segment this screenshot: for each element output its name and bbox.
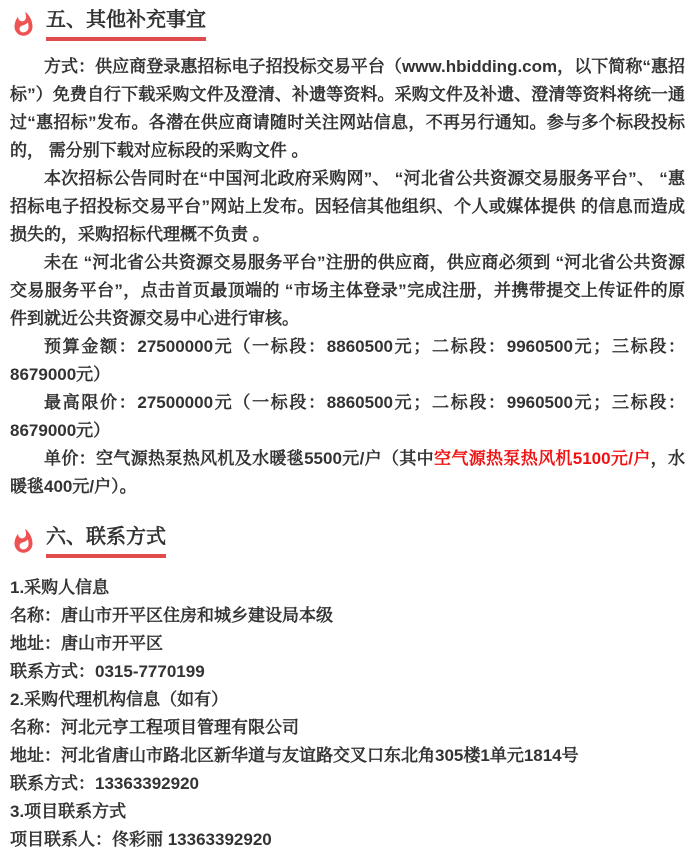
- paragraph-registration: 未在 “河北省公共资源交易服务平台”注册的供应商，供应商必须到 “河北省公共资源…: [10, 249, 685, 333]
- agency-name: 名称：河北元亨工程项目管理有限公司: [10, 714, 685, 742]
- agency-contact: 联系方式：13363392920: [10, 770, 685, 798]
- paragraph-max-price: 最高限价：27500000元（一标段：8860500元；二标段：9960500元…: [10, 389, 685, 445]
- contact-info-list: 1.采购人信息 名称：唐山市开平区住房和城乡建设局本级 地址：唐山市开平区 联系…: [10, 574, 685, 849]
- section-five-header: 五、其他补充事宜: [10, 8, 685, 41]
- section-six-title: 六、联系方式: [46, 525, 166, 558]
- contact-heading-agency: 2.采购代理机构信息（如有）: [10, 686, 685, 714]
- contact-heading-project: 3.项目联系方式: [10, 798, 685, 826]
- announcement-document: 五、其他补充事宜 方式：供应商登录惠招标电子招投标交易平台（www.hbiddi…: [0, 0, 695, 849]
- section-six-header: 六、联系方式: [10, 525, 685, 558]
- paragraph-budget-amount: 预算金额：27500000元（一标段：8860500元；二标段：9960500元…: [10, 333, 685, 389]
- buyer-name: 名称：唐山市开平区住房和城乡建设局本级: [10, 602, 685, 630]
- flame-icon: [10, 11, 37, 38]
- paragraph-download-method: 方式：供应商登录惠招标电子招投标交易平台（www.hbidding.com，以下…: [10, 53, 685, 165]
- buyer-contact: 联系方式：0315-7770199: [10, 658, 685, 686]
- agency-address: 地址：河北省唐山市路北区新华道与友谊路交叉口东北角305楼1单元1814号: [10, 742, 685, 770]
- section-five-title: 五、其他补充事宜: [46, 8, 206, 41]
- paragraph-announcement-sites: 本次招标公告同时在“中国河北政府采购网”、 “河北省公共资源交易服务平台”、 “…: [10, 165, 685, 249]
- paragraph-unit-price: 单价：空气源热泵热风机及水暖毯5500元/户（其中空气源热泵热风机5100元/户…: [10, 445, 685, 501]
- unit-price-prefix: 单价：空气源热泵热风机及水暖毯5500元/户（其中: [44, 449, 434, 468]
- buyer-address: 地址：唐山市开平区: [10, 630, 685, 658]
- project-contact-person: 项目联系人：佟彩丽 13363392920: [10, 826, 685, 849]
- unit-price-highlight: 空气源热泵热风机5100元/户: [434, 449, 651, 468]
- contact-heading-buyer: 1.采购人信息: [10, 574, 685, 602]
- flame-icon: [10, 528, 37, 555]
